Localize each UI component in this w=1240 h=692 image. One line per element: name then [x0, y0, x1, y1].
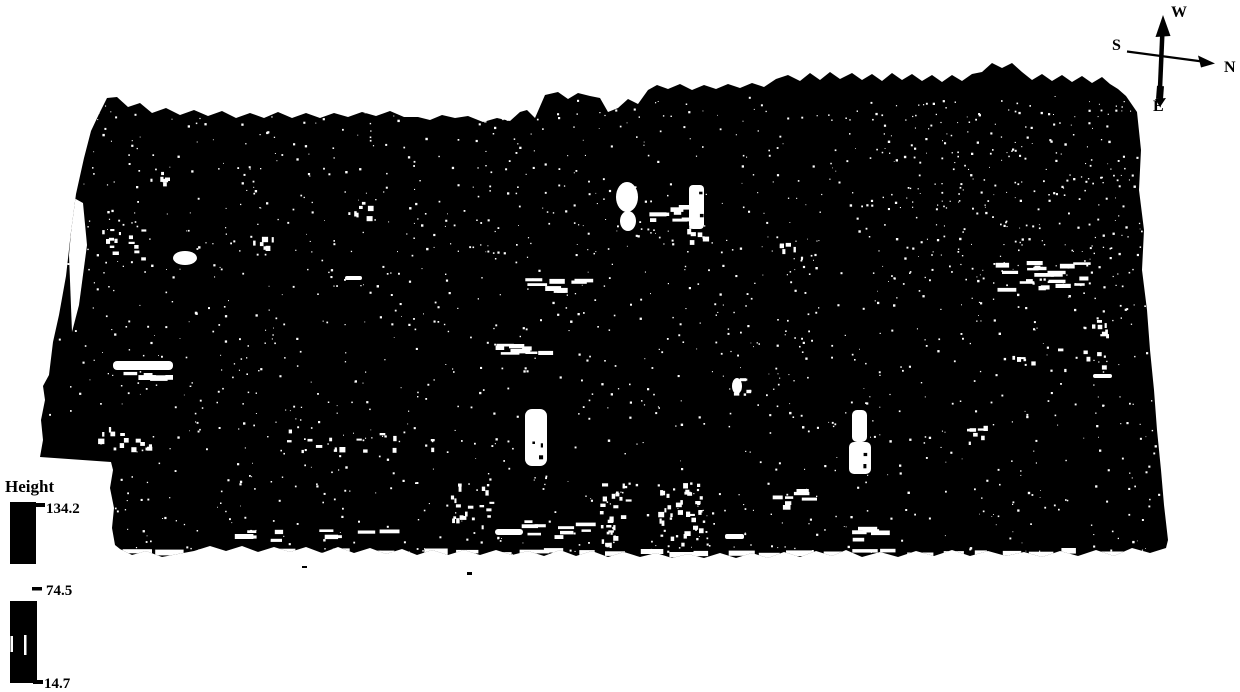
compass-label-south: S: [1112, 37, 1121, 54]
compass-sn-axis: [1127, 52, 1206, 63]
compass-west-arrowhead: [1156, 15, 1171, 37]
legend-title: Height: [5, 477, 54, 496]
compass-label-east: E: [1153, 98, 1164, 115]
legend-tick-max: 134.2: [46, 501, 80, 517]
compass-rose: W S N E: [1112, 4, 1236, 115]
height-legend: Height 134.2 74.5 14.7: [5, 477, 80, 692]
legend-colorbar-scratch: [11, 636, 14, 652]
legend-colorbar-lower: [10, 601, 37, 683]
compass-we-axis: [1160, 30, 1163, 88]
compass-north-arrowhead: [1198, 56, 1215, 68]
stray-marks: [302, 566, 472, 575]
legend-colorbar-scratch: [24, 635, 27, 655]
compass-label-west: W: [1171, 4, 1187, 21]
legend-tick-mark-min: [33, 680, 43, 684]
legend-colorbar-upper: [10, 502, 36, 564]
compass-label-north: N: [1224, 59, 1236, 76]
legend-tick-mid: 74.5: [46, 583, 72, 599]
legend-tick-min: 14.7: [44, 676, 71, 692]
legend-tick-mark-max: [25, 503, 45, 507]
legend-tick-mark-mid: [32, 587, 42, 591]
figure-canvas: W S N E Height 134.2 74.5 14.7: [0, 0, 1240, 692]
lidar-height-map: W S N E Height 134.2 74.5 14.7: [0, 0, 1240, 692]
